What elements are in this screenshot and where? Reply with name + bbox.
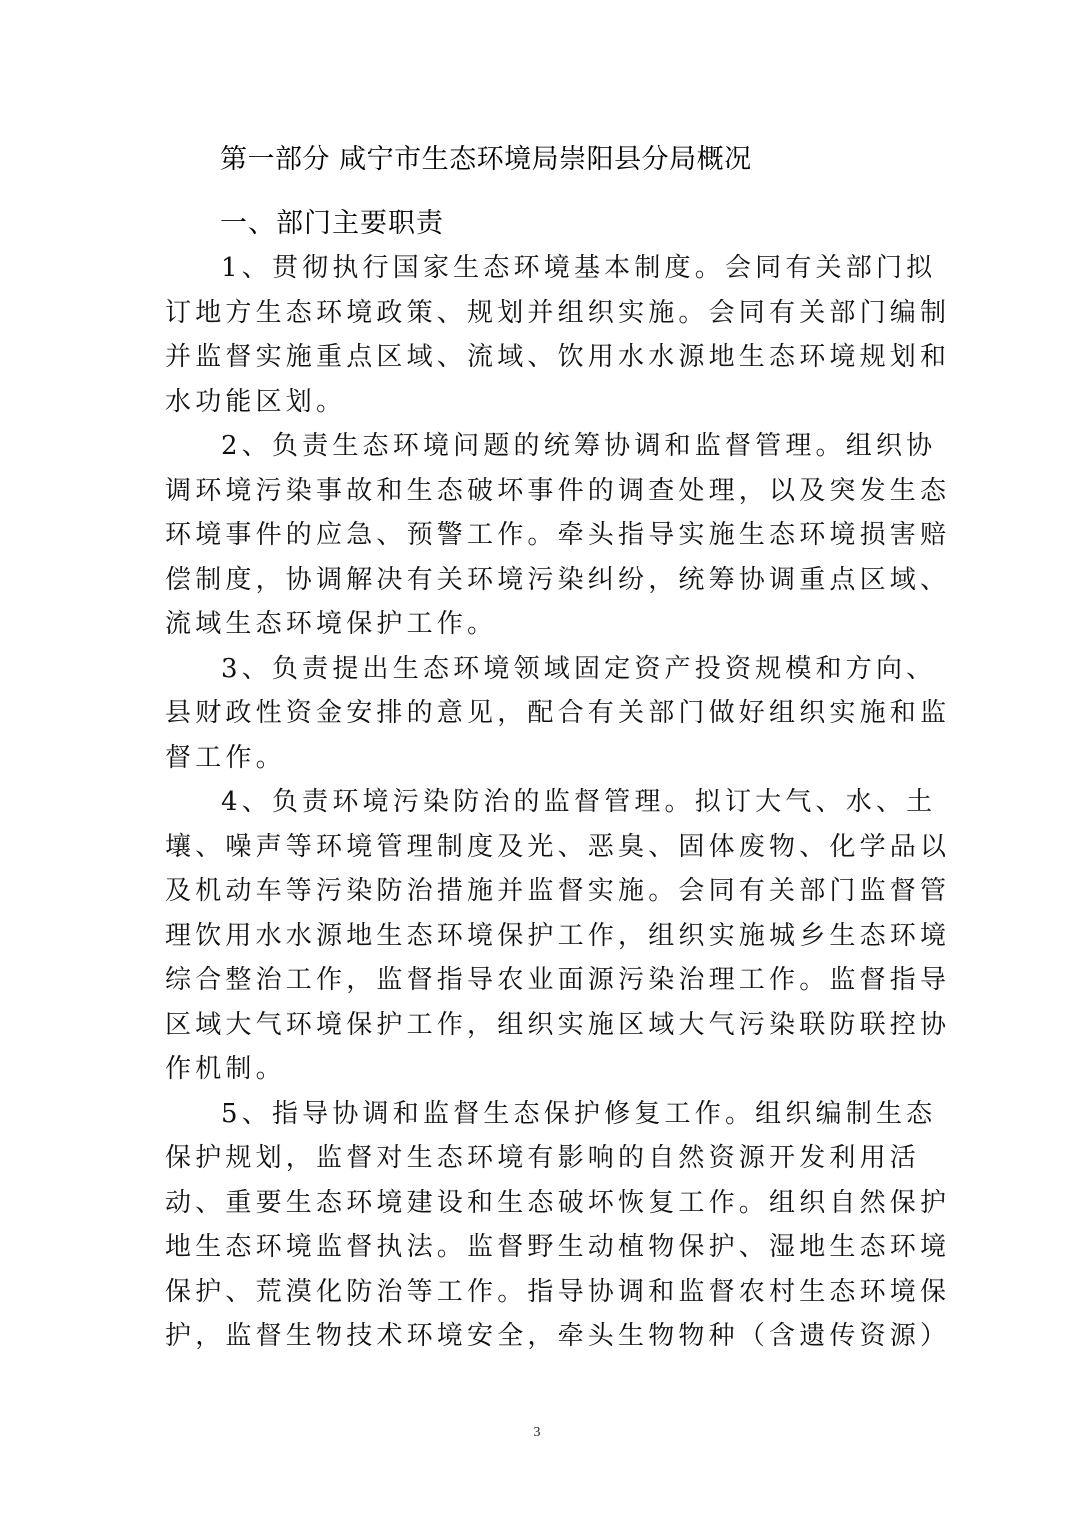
document-page: 第一部分 咸宁市生态环境局崇阳县分局概况 一、部门主要职责 1、贯彻执行国家生态… [0, 0, 1074, 1520]
paragraph-line: 订地方生态环境政策、规划并组织实施。会同有关部门编制 [165, 291, 911, 336]
paragraph-line: 1、贯彻执行国家生态环境基本制度。会同有关部门拟 [165, 246, 911, 291]
paragraph-line: 环境事件的应急、预警工作。牵头指导实施生态环境损害赔 [165, 513, 911, 558]
paragraph-line: 地生态环境监督执法。监督野生动植物保护、湿地生态环境 [165, 1225, 911, 1270]
paragraph-duty-1: 1、贯彻执行国家生态环境基本制度。会同有关部门拟 订地方生态环境政策、规划并组织… [165, 246, 911, 424]
paragraph-duty-2: 2、负责生态环境问题的统筹协调和监督管理。组织协 调环境污染事故和生态破坏事件的… [165, 424, 911, 647]
paragraph-line: 壤、噪声等环境管理制度及光、恶臭、固体废物、化学品以 [165, 825, 911, 870]
paragraph-line: 5、指导协调和监督生态保护修复工作。组织编制生态 [165, 1092, 911, 1137]
paragraph-line: 县财政性资金安排的意见，配合有关部门做好组织实施和监 [165, 691, 911, 736]
paragraph-line: 3、负责提出生态环境领域固定资产投资规模和方向、 [165, 647, 911, 692]
paragraph-line: 区域大气环境保护工作，组织实施区域大气污染联防联控协 [165, 1003, 911, 1048]
paragraph-duty-3: 3、负责提出生态环境领域固定资产投资规模和方向、 县财政性资金安排的意见，配合有… [165, 647, 911, 781]
paragraph-line: 流域生态环境保护工作。 [165, 602, 911, 647]
paragraph-line: 作机制。 [165, 1047, 911, 1092]
paragraph-line: 护，监督生物技术环境安全，牵头生物物种（含遗传资源） [165, 1314, 911, 1359]
paragraph-line: 及机动车等污染防治措施并监督实施。会同有关部门监督管 [165, 869, 911, 914]
paragraph-duty-5: 5、指导协调和监督生态保护修复工作。组织编制生态 保护规划，监督对生态环境有影响… [165, 1092, 911, 1359]
document-body: 1、贯彻执行国家生态环境基本制度。会同有关部门拟 订地方生态环境政策、规划并组织… [165, 246, 911, 1359]
paragraph-duty-4: 4、负责环境污染防治的监督管理。拟订大气、水、土 壤、噪声等环境管理制度及光、恶… [165, 780, 911, 1092]
paragraph-line: 水功能区划。 [165, 380, 911, 425]
page-number: 3 [531, 1424, 543, 1442]
section-heading: 一、部门主要职责 [220, 204, 444, 244]
paragraph-line: 动、重要生态环境建设和生态破坏恢复工作。组织自然保护 [165, 1181, 911, 1226]
paragraph-line: 2、负责生态环境问题的统筹协调和监督管理。组织协 [165, 424, 911, 469]
paragraph-line: 并监督实施重点区域、流域、饮用水水源地生态环境规划和 [165, 335, 911, 380]
paragraph-line: 督工作。 [165, 736, 911, 781]
paragraph-line: 理饮用水水源地生态环境保护工作，组织实施城乡生态环境 [165, 914, 911, 959]
paragraph-line: 综合整治工作，监督指导农业面源污染治理工作。监督指导 [165, 958, 911, 1003]
paragraph-line: 保护、荒漠化防治等工作。指导协调和监督农村生态环境保 [165, 1270, 911, 1315]
paragraph-line: 偿制度，协调解决有关环境污染纠纷，统筹协调重点区域、 [165, 558, 911, 603]
paragraph-line: 4、负责环境污染防治的监督管理。拟订大气、水、土 [165, 780, 911, 825]
paragraph-line: 调环境污染事故和生态破坏事件的调查处理，以及突发生态 [165, 469, 911, 514]
paragraph-line: 保护规划，监督对生态环境有影响的自然资源开发利用活 [165, 1136, 911, 1181]
part-title: 第一部分 咸宁市生态环境局崇阳县分局概况 [220, 140, 752, 180]
